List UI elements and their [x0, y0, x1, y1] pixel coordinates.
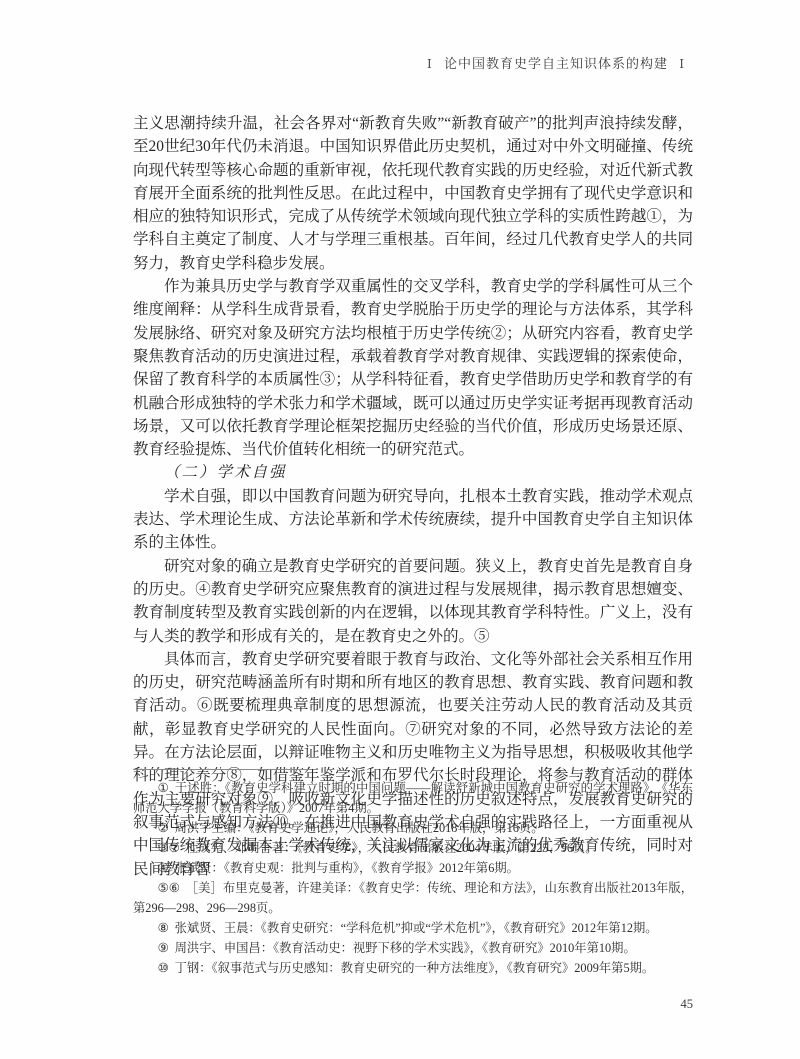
footnote-text: 周洪宇、申国昌：《教育活动史：视野下移的学术实践》，《教育研究》2010年第10… — [175, 941, 636, 955]
footnote-separator — [133, 769, 311, 770]
document-page: Ⅰ 论中国教育史学自主知识体系的构建 Ⅰ 主义思潮持续升温，社会各界对“新教育失… — [0, 0, 800, 1059]
footnote: ②周洪宇主编：《教育史学通论》，人民教育出版社2018年版，第16页。 — [133, 818, 693, 838]
footnote: ⑩丁钢：《叙事范式与历史感知：教育史研究的一种方法维度》，《教育研究》2009年… — [133, 958, 693, 978]
footnote-marker: ① — [158, 781, 169, 795]
footnote: ⑧张斌贤、王晨：《教育史研究：“学科危机”抑或“学术危机”》，《教育研究》201… — [133, 918, 693, 938]
paragraph: 研究对象的确立是教育史学研究的首要问题。狭义上，教育史首先是教育自身的历史。④教… — [133, 555, 693, 648]
footnote-text: 张斌贤、王晨：《教育史研究：“学科危机”抑或“学术危机”》，《教育研究》2012… — [175, 921, 658, 935]
footnote-text: 丁钢：《叙事范式与历史感知：教育史研究的一种方法维度》，《教育研究》2009年第… — [175, 961, 655, 975]
page-number: 45 — [681, 997, 694, 1012]
footnote-marker: ⑨ — [158, 941, 169, 955]
footnote-marker: ⑤⑥ — [158, 881, 180, 895]
footnote-text: 于述胜：《教育史学科建立时期的中国问题——解读舒新城中国教育史研究的学术理路》，… — [133, 781, 693, 815]
footnote: ⑨周洪宇、申国昌：《教育活动史：视野下移的学术实践》，《教育研究》2010年第1… — [133, 938, 693, 958]
footnote: ③⑦杜成宪、邓明言著：《教育史学》，人民教育出版社2004年版，第225、96页… — [133, 838, 693, 858]
footnote-marker: ④ — [158, 861, 169, 875]
article-body: 主义思潮持续升温，社会各界对“新教育失败”“新教育破产”的批判声浪持续发酵，至2… — [133, 112, 693, 881]
paragraph: （二）学术自强 — [133, 461, 693, 484]
footnotes: ①于述胜：《教育史学科建立时期的中国问题——解读舒新城中国教育史研究的学术理路》… — [133, 778, 693, 978]
header-separator-right: Ⅰ — [679, 57, 685, 71]
footnote-marker: ⑧ — [158, 921, 169, 935]
footnote-text: 张斌贤：《教育史观：批判与重构》，《教育学报》2012年第6期。 — [175, 861, 519, 875]
footnote: ④张斌贤：《教育史观：批判与重构》，《教育学报》2012年第6期。 — [133, 858, 693, 878]
footnote-text: ［美］布里克曼著，许建美译：《教育史学：传统、理论和方法》，山东教育出版社201… — [133, 881, 693, 915]
footnote-marker: ③⑦ — [158, 841, 180, 855]
paragraph: 学术自强，即以中国教育问题为研究导向，扎根本土教育实践，推动学术观点表达、学术理… — [133, 485, 693, 555]
header-title: 论中国教育史学自主知识体系的构建 — [444, 56, 668, 71]
running-header: Ⅰ 论中国教育史学自主知识体系的构建 Ⅰ — [420, 53, 692, 72]
paragraph: 主义思潮持续升温，社会各界对“新教育失败”“新教育破产”的批判声浪持续发酵，至2… — [133, 112, 693, 275]
footnote-text: 杜成宪、邓明言著：《教育史学》，人民教育出版社2004年版，第225、96页。 — [186, 841, 598, 855]
footnote-marker: ② — [158, 821, 169, 835]
paragraph: 作为兼具历史学与教育学双重属性的交叉学科，教育史学的学科属性可从三个维度阐释：从… — [133, 275, 693, 461]
footnote-marker: ⑩ — [158, 961, 169, 975]
footnote: ①于述胜：《教育史学科建立时期的中国问题——解读舒新城中国教育史研究的学术理路》… — [133, 778, 693, 818]
footnote: ⑤⑥［美］布里克曼著，许建美译：《教育史学：传统、理论和方法》，山东教育出版社2… — [133, 878, 693, 918]
header-separator-left: Ⅰ — [427, 57, 433, 71]
footnote-text: 周洪宇主编：《教育史学通论》，人民教育出版社2018年版，第16页。 — [175, 821, 544, 835]
